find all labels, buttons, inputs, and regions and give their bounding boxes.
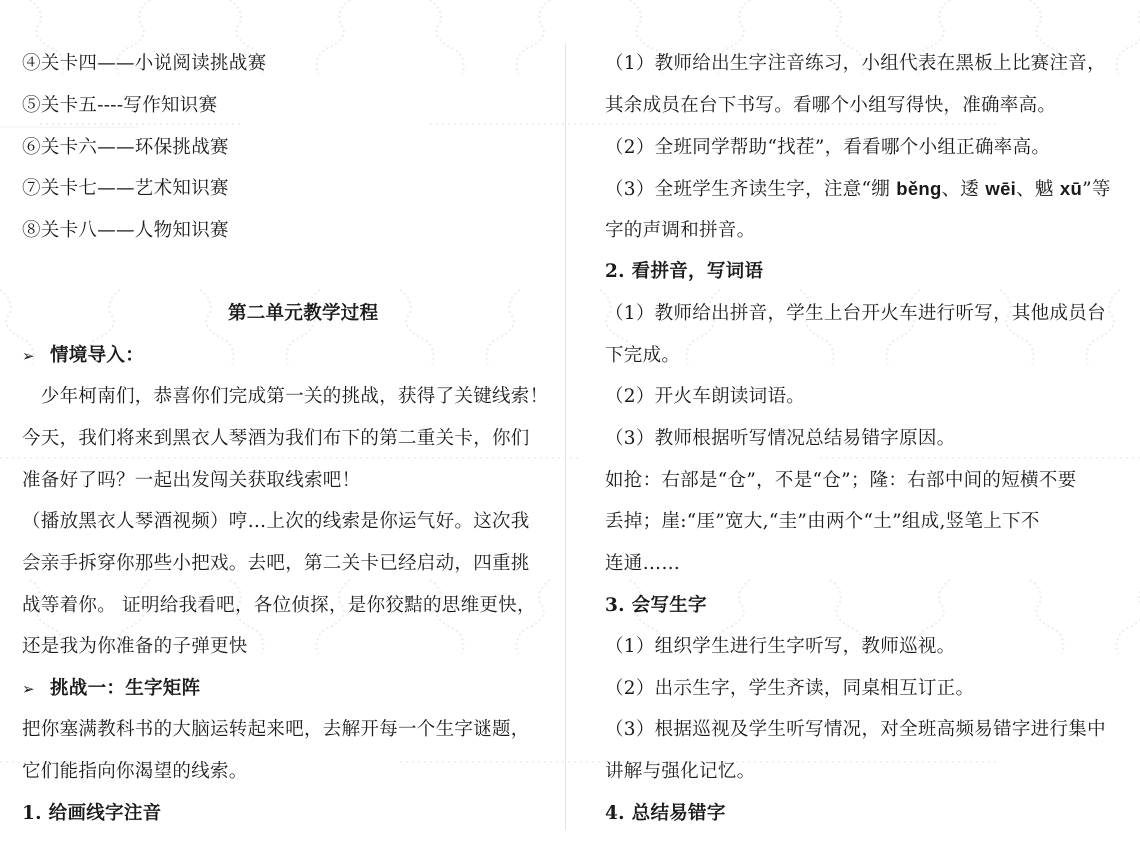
pinyin: běng	[896, 178, 941, 199]
level-item: ⑧关卡八——人物知识赛	[22, 219, 229, 243]
step2-item: 连通……	[605, 552, 680, 576]
paragraph-line: 少年柯南们，恭喜你们完成第一关的挑战，获得了关键线索！	[22, 385, 548, 409]
arrow-bullet-icon: ➢	[22, 344, 50, 368]
pinyin: xū	[1060, 178, 1082, 199]
step4-heading: 4. 总结易错字	[605, 802, 726, 826]
step1-heading: 1. 给画线字注音	[22, 802, 161, 826]
text-segment: （3）全班学生齐读生字，注意“绷	[605, 179, 896, 200]
paragraph-line: 把你塞满教科书的大脑运转起来吧，去解开每一个生字谜题，	[22, 718, 530, 742]
step1-item-pinyin: （3）全班学生齐读生字，注意“绷 běng、逶 wēi、魆 xū”等	[605, 177, 1111, 201]
step3-item: 讲解与强化记忆。	[605, 760, 755, 784]
text-segment: 、逶	[942, 179, 986, 200]
pinyin: wēi	[985, 178, 1016, 199]
step2-item: （3）教师根据听写情况总结易错字原因。	[605, 427, 955, 451]
column-divider	[565, 44, 566, 830]
step3-heading: 3. 会写生字	[605, 594, 707, 618]
paragraph-line: 还是我为你准备的子弹更快	[22, 635, 248, 659]
step1-item: 其余成员在台下书写。看哪个小组写得快，准确率高。	[605, 94, 1056, 118]
text-segment: ”等	[1082, 179, 1111, 200]
intro-heading-text: 情境导入：	[50, 345, 144, 366]
text-segment: 、魆	[1016, 179, 1060, 200]
paragraph-line: 战等着你。 证明给我看吧，各位侦探，是你狡黠的思维更快，	[22, 594, 536, 618]
step1-item: （1）教师给出生字注音练习，小组代表在黑板上比赛注音，	[605, 52, 1106, 76]
step1-item: （2）全班同学帮助“找茬”，看看哪个小组正确率高。	[605, 136, 1050, 160]
level-item: ⑥关卡六——环保挑战赛	[22, 136, 229, 160]
section-title: 第二单元教学过程	[228, 302, 378, 326]
document-page: ④关卡四——小说阅读挑战赛 ⑤关卡五----写作知识赛 ⑥关卡六——环保挑战赛 …	[0, 0, 1140, 867]
step2-item: （2）开火车朗读词语。	[605, 385, 805, 409]
step2-item: 丢掉；崖:“厓”宽大,“圭”由两个“土”组成,竖笔上下不	[605, 510, 1040, 534]
level-item: ⑤关卡五----写作知识赛	[22, 94, 217, 118]
level-item: ⑦关卡七——艺术知识赛	[22, 177, 229, 201]
arrow-bullet-icon: ➢	[22, 677, 50, 701]
level-item: ④关卡四——小说阅读挑战赛	[22, 52, 266, 76]
step3-item: （3）根据巡视及学生听写情况，对全班高频易错字进行集中	[605, 718, 1106, 742]
step2-item: （1）教师给出拼音，学生上台开火车进行听写，其他成员台	[605, 302, 1106, 326]
challenge1-heading: ➢挑战一：生字矩阵	[22, 677, 200, 701]
paragraph-line: 今天，我们将来到黑衣人琴酒为我们布下的第二重关卡，你们	[22, 427, 530, 451]
step2-item: 如抢：右部是“仓”，不是“仓”；隆：右部中间的短横不要	[605, 469, 1076, 493]
step3-item: （2）出示生字，学生齐读，同桌相互订正。	[605, 677, 974, 701]
challenge1-heading-text: 挑战一：生字矩阵	[50, 678, 200, 699]
step2-heading: 2. 看拼音，写词语	[605, 260, 763, 284]
paragraph-line: 会亲手拆穿你那些小把戏。去吧，第二关卡已经启动，四重挑	[22, 552, 530, 576]
step2-item: 下完成。	[605, 344, 680, 368]
step1-item: 字的声调和拼音。	[605, 219, 755, 243]
paragraph-line: 它们能指向你渴望的线索。	[22, 760, 248, 784]
intro-heading: ➢情境导入：	[22, 344, 144, 368]
paragraph-line: 准备好了吗？一起出发闯关获取线索吧！	[22, 469, 360, 493]
paragraph-line: （播放黑衣人琴酒视频）哼…上次的线索是你运气好。这次我	[22, 510, 530, 534]
step3-item: （1）组织学生进行生字听写，教师巡视。	[605, 635, 955, 659]
